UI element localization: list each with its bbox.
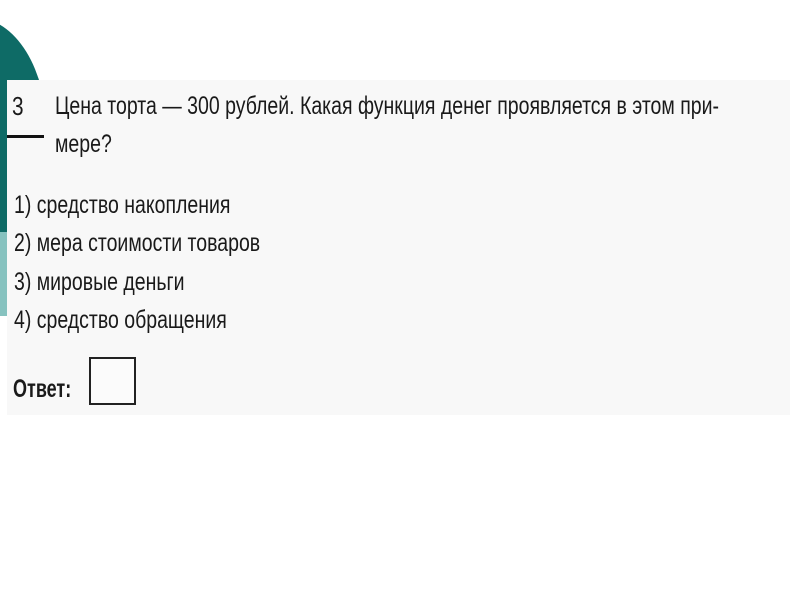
option-1[interactable]: 1) средство накопления — [14, 191, 230, 219]
question-number: 3 — [12, 92, 24, 120]
question-text-line1: Цена торта — 300 рублей. Какая функция д… — [55, 92, 719, 120]
answer-input-box[interactable] — [89, 357, 136, 405]
option-4[interactable]: 4) средство обращения — [14, 306, 227, 334]
question-text-line2: мере? — [55, 130, 112, 158]
answer-label: Ответ: — [13, 375, 71, 403]
question-number-underline — [7, 135, 44, 138]
option-2[interactable]: 2) мера стоимости товаров — [14, 229, 260, 257]
option-3[interactable]: 3) мировые деньги — [14, 268, 185, 296]
question-panel: 3 Цена торта — 300 рублей. Какая функция… — [7, 80, 790, 415]
